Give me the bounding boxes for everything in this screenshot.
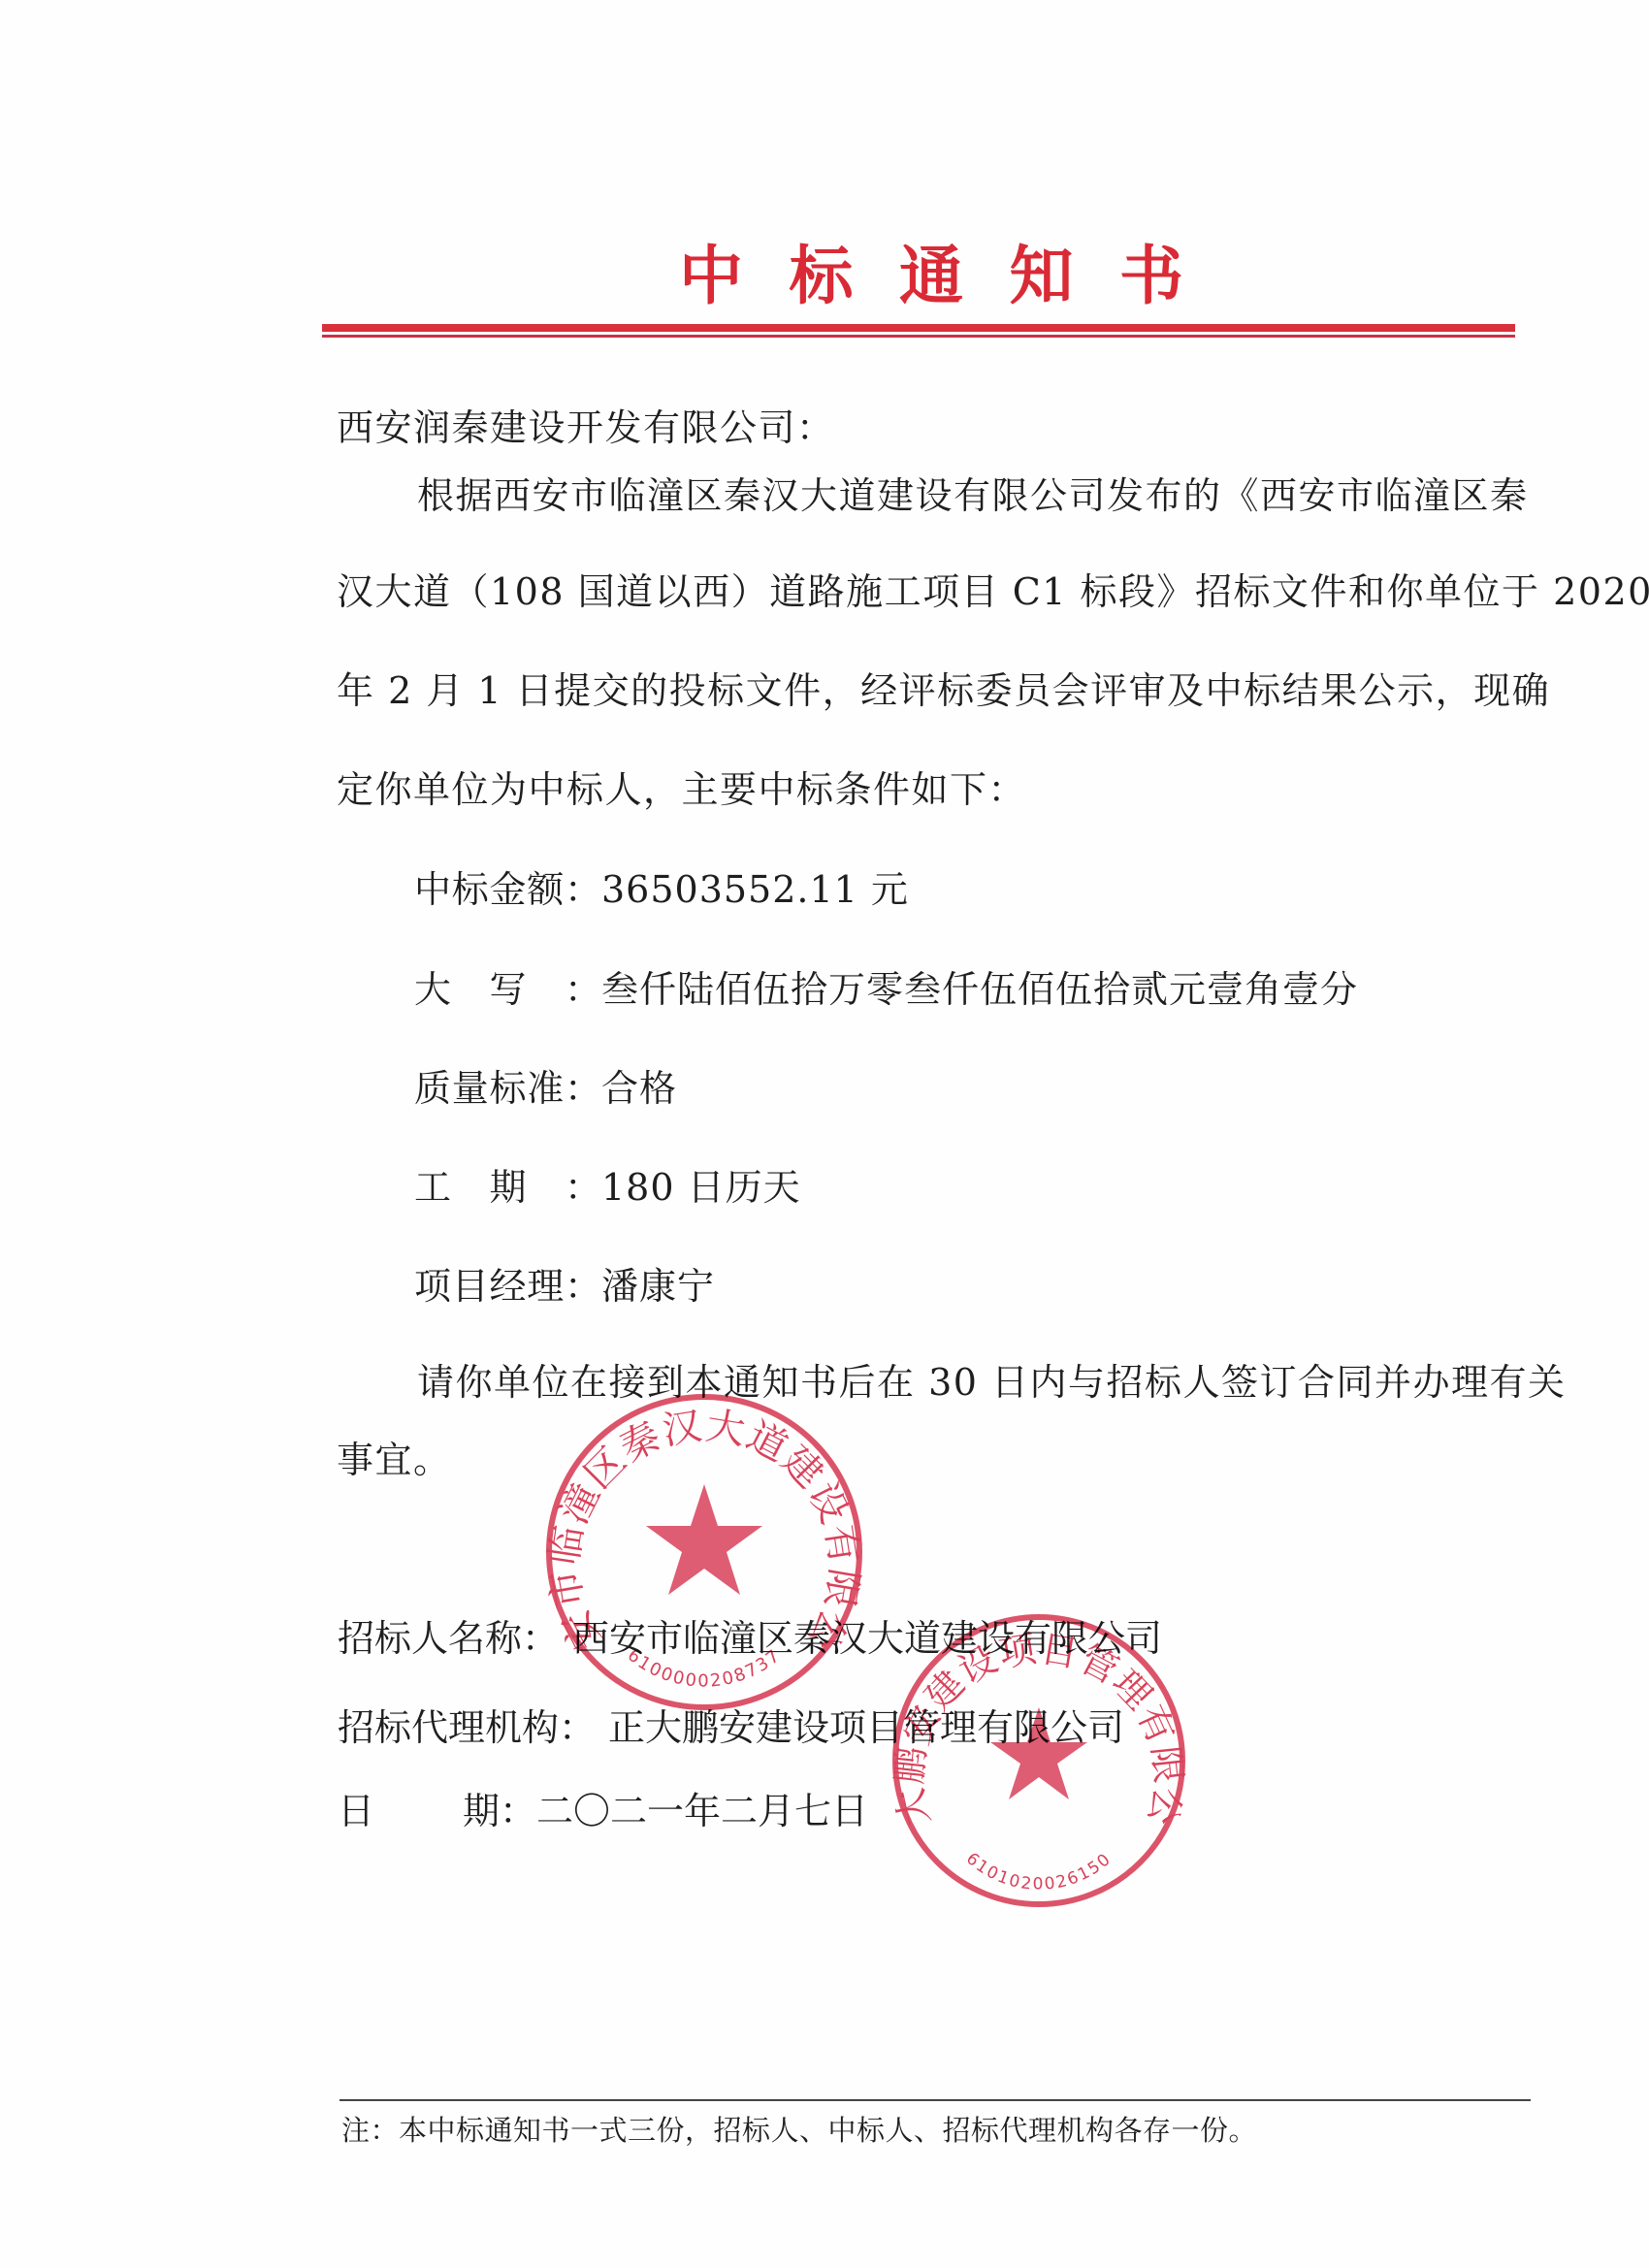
- title-char: 书: [1119, 233, 1183, 320]
- condition-label: 质量标准：: [414, 1064, 601, 1113]
- body-line-2: 汉大道（108 国道以西）道路施工项目 C1 标段》招标文件和你单位于 2020: [337, 567, 1525, 616]
- agency-label: 招标代理机构：: [338, 1703, 608, 1752]
- agency-value: 正大鹏安建设项目管理有限公司: [608, 1703, 1124, 1752]
- svg-text:6101020026150: 6101020026150: [962, 1849, 1115, 1894]
- condition-project-manager: 项目经理： 潘康宁: [414, 1262, 715, 1311]
- footnote: 注：本中标通知书一式三份，招标人、中标人、招标代理机构各存一份。: [341, 2113, 1257, 2148]
- condition-quality-standard: 质量标准： 合格: [414, 1064, 677, 1113]
- title-char: 通: [899, 233, 963, 320]
- condition-value: 合格: [601, 1064, 677, 1113]
- date-value: 二〇二一年二月七日: [536, 1787, 868, 1835]
- footnote-divider: [339, 2099, 1531, 2101]
- document-title: 中 标 通 知 书: [679, 233, 1183, 320]
- title-char: 知: [1010, 233, 1074, 320]
- tenderer-label: 招标人名称：: [338, 1614, 572, 1663]
- date-row: 日 期： 二〇二一年二月七日: [338, 1787, 868, 1835]
- title-char: 中: [679, 233, 743, 320]
- condition-label: 大写：: [414, 965, 601, 1014]
- notice-line-2: 事宜。: [337, 1436, 452, 1484]
- tenderer-seal: 西安市临潼区秦汉大道建设有限公司 6100000208737: [539, 1387, 869, 1717]
- tenderer-value: 西安市临潼区秦汉大道建设有限公司: [572, 1614, 1162, 1663]
- body-line-3: 年 2 月 1 日提交的投标文件，经评标委员会评审及中标结果公示，现确: [337, 666, 1525, 715]
- title-divider-thin: [322, 335, 1515, 338]
- condition-amount-in-words: 大写： 叁仟陆佰伍拾万零叁仟伍佰伍拾贰元壹角壹分: [414, 965, 1358, 1014]
- condition-label: 项目经理：: [414, 1262, 601, 1311]
- condition-value: 潘康宁: [601, 1262, 715, 1311]
- body-line-1: 根据西安市临潼区秦汉大道建设有限公司发布的《西安市临潼区秦: [417, 471, 1525, 520]
- body-line-4: 定你单位为中标人，主要中标条件如下：: [337, 765, 1026, 814]
- condition-label: 工期：: [414, 1163, 601, 1212]
- title-divider-thick: [322, 324, 1515, 332]
- notice-line-1: 请你单位在接到本通知书后在 30 日内与招标人签订合同并办理有关: [417, 1358, 1531, 1407]
- recipient-line: 西安润秦建设开发有限公司：: [337, 404, 835, 452]
- condition-value: 180 日历天: [601, 1163, 801, 1212]
- condition-amount: 中标金额： 36503552.11 元: [414, 865, 909, 914]
- date-label: 日 期：: [338, 1787, 536, 1835]
- condition-label: 中标金额：: [414, 865, 601, 914]
- condition-duration: 工期： 180 日历天: [414, 1163, 801, 1212]
- condition-value: 叁仟陆佰伍拾万零叁仟伍佰伍拾贰元壹角壹分: [601, 965, 1358, 1014]
- condition-value: 36503552.11 元: [601, 865, 909, 914]
- star-icon: [646, 1484, 762, 1595]
- document-page: 中 标 通 知 书 西安润秦建设开发有限公司： 根据西安市临潼区秦汉大道建设有限…: [0, 0, 1649, 2268]
- tenderer-row: 招标人名称： 西安市临潼区秦汉大道建设有限公司: [338, 1614, 1162, 1663]
- agency-row: 招标代理机构： 正大鹏安建设项目管理有限公司: [338, 1703, 1124, 1752]
- title-char: 标: [790, 233, 854, 320]
